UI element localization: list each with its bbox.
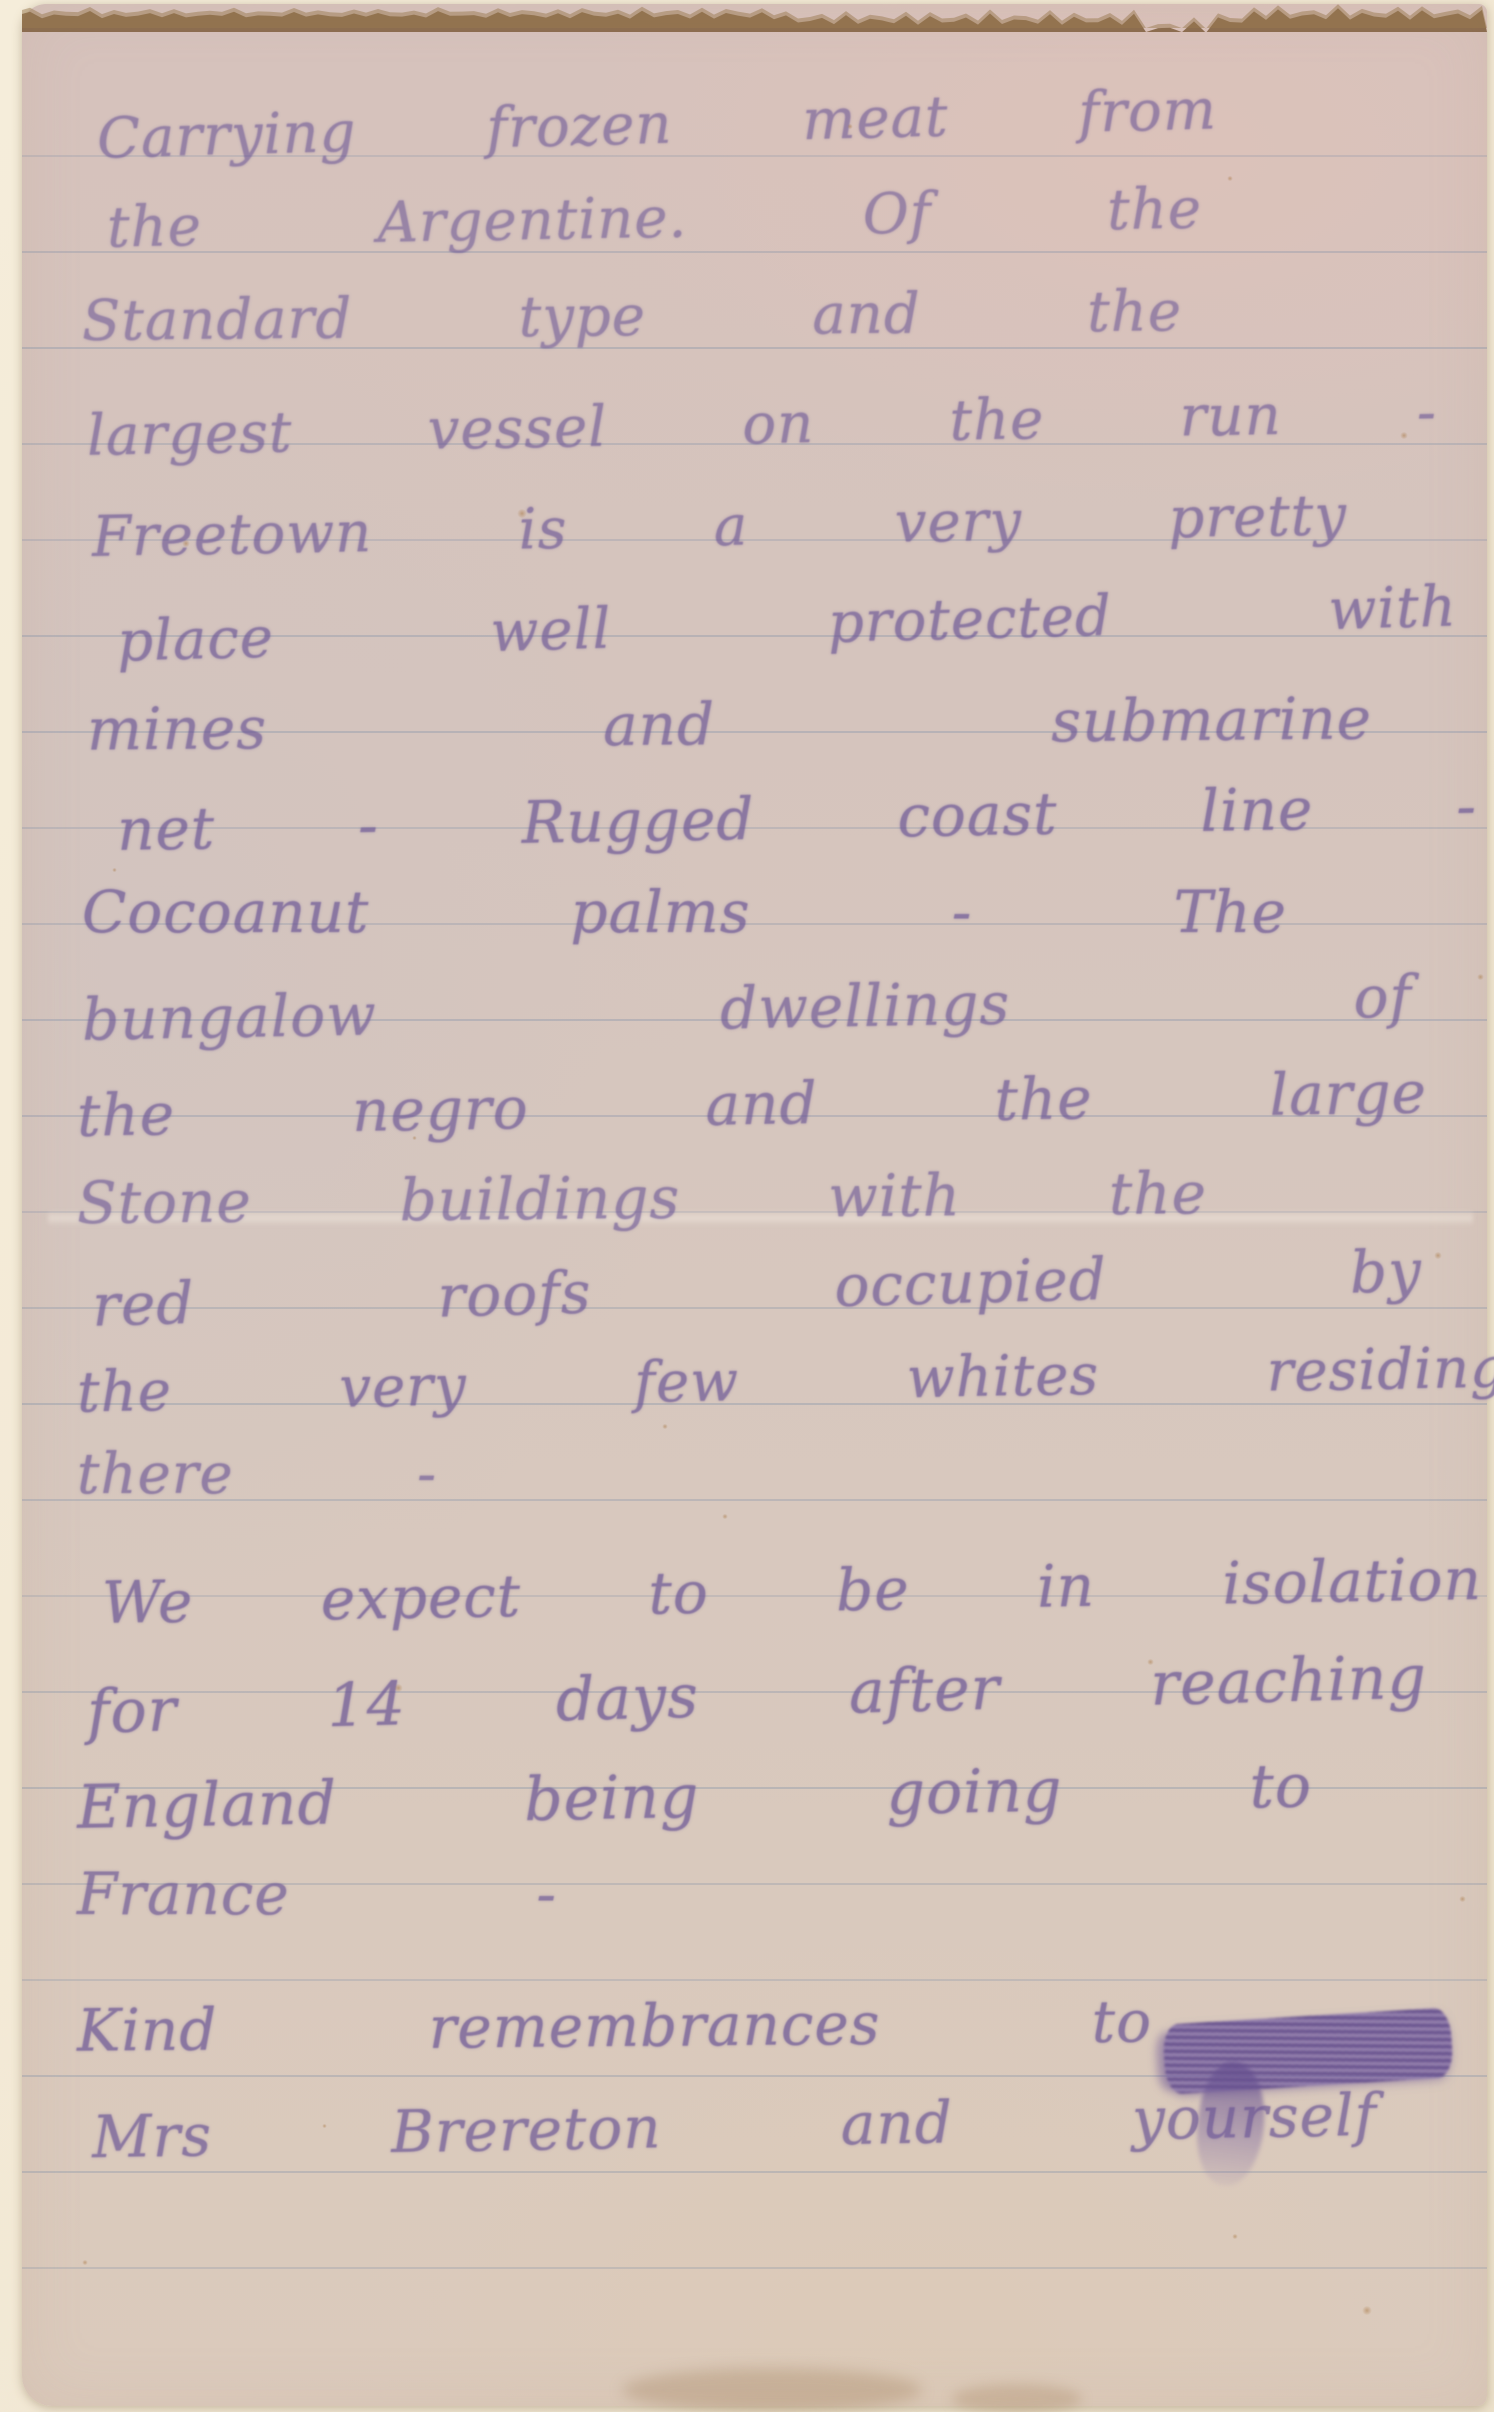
letter-line: Cocoanutpalms-The <box>82 878 1287 946</box>
letter-line: minesandsubmarine <box>87 684 1373 763</box>
letter-line: there- <box>77 1442 437 1507</box>
letter-line: Kindremembrancesto <box>77 1987 1153 2064</box>
stain <box>622 2368 922 2412</box>
letter-line: Standardtypeandthe <box>82 279 1183 354</box>
letter-line: redroofsoccupiedby <box>91 1237 1422 1340</box>
letter-line: for14daysafterreaching <box>86 1642 1427 1747</box>
letter-line: Englandbeinggoingto <box>76 1751 1312 1843</box>
letter-line: MrsBreretonandyourself <box>92 2081 1378 2171</box>
letter-line: placewellprotectedwith <box>116 574 1457 674</box>
letter-line: Stonebuildingswiththe <box>77 1159 1208 1237</box>
letter-line: France- <box>77 1860 557 1928</box>
letter-line: Freetownisaverypretty <box>92 483 1348 570</box>
letter-line: bungalowdwellingsof <box>82 962 1413 1053</box>
letter-line: Carryingfrozenmeatfrom <box>96 77 1217 171</box>
handwriting: CarryingfrozenmeatfromtheArgentine.Ofthe… <box>22 4 1487 2406</box>
letter-line: thenegroandthelarge <box>77 1058 1428 1150</box>
letter-line: net-Ruggedcoastline- <box>117 772 1478 864</box>
letter-line: theArgentine.Ofthe <box>107 176 1203 260</box>
letter-page: CarryingfrozenmeatfromtheArgentine.Ofthe… <box>22 4 1487 2406</box>
letter-line: Weexpecttobeinisolation <box>102 1545 1483 1637</box>
letter-line: largestvesselontherun- <box>87 380 1438 469</box>
stain <box>952 2384 1082 2412</box>
letter-line: theveryfewwhitesresiding <box>77 1336 1494 1426</box>
